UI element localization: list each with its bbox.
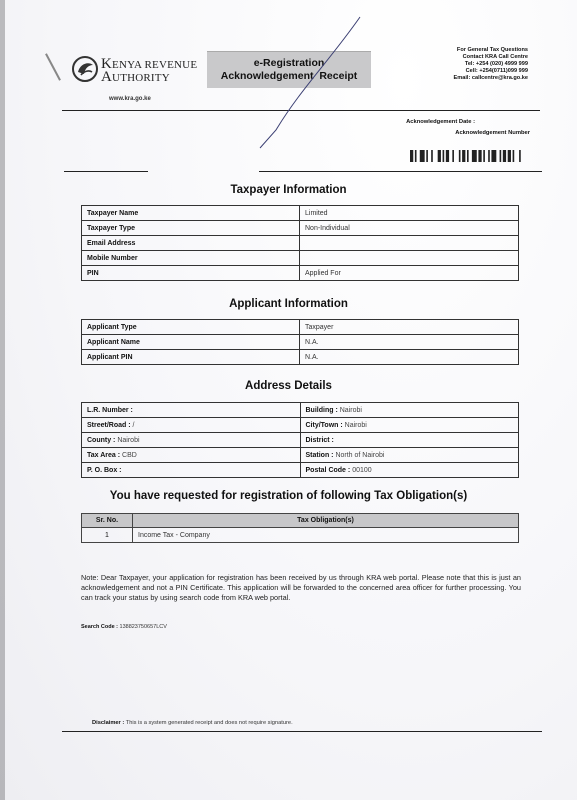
table-row: L.R. Number : Building : Nairobi [82,403,519,418]
address-label: County : [87,437,115,444]
address-label: P. O. Box : [87,467,122,474]
table-row: Mobile Number [82,251,519,266]
address-cell: Street/Road : / [82,418,301,433]
address-section-title: Address Details [0,380,577,392]
row-label: Taxpayer Name [82,206,300,221]
address-value: 00100 [352,467,371,474]
disclaimer: Disclaimer : This is a system generated … [92,720,293,726]
address-table: L.R. Number : Building : NairobiStreet/R… [81,402,519,478]
address-label: L.R. Number : [87,407,133,414]
row-value: Taxpayer [300,320,519,335]
table-row: Applicant NameN.A. [82,335,519,350]
address-cell: Tax Area : CBD [82,448,301,463]
table-row: Taxpayer TypeNon-Individual [82,221,519,236]
address-label: District : [306,437,334,444]
header-sr-no: Sr. No. [82,514,133,528]
note-text: Note: Dear Taxpayer, your application fo… [81,573,521,603]
receipt-page: Kenya Revenue Authority www.kra.go.ke e-… [0,0,577,800]
search-code-label: Search Code : [81,624,118,630]
table-row: P. O. Box : Postal Code : 00100 [82,463,519,478]
website-url: www.kra.go.ke [109,96,151,102]
address-value: Nairobi [117,437,139,444]
address-cell: L.R. Number : [82,403,301,418]
address-value: Nairobi [345,422,367,429]
table-row: Tax Area : CBDStation : North of Nairobi [82,448,519,463]
obligation-name: Income Tax - Company [133,528,519,543]
row-value [300,251,519,266]
table-row: Taxpayer NameLimited [82,206,519,221]
applicant-section-title: Applicant Information [0,298,577,310]
row-label: Applicant Name [82,335,300,350]
kra-lion-logo-icon [72,56,98,82]
row-label: Mobile Number [82,251,300,266]
address-cell: County : Nairobi [82,433,301,448]
scan-edge-shadow [0,0,5,800]
org-name: Kenya Revenue Authority [101,58,197,84]
row-label: Email Address [82,236,300,251]
obligation-sr: 1 [82,528,133,543]
acknowledgement-info: Acknowledgement Date : Acknowledgement N… [406,119,530,137]
obligations-table: Sr. No. Tax Obligation(s) 1 Income Tax -… [81,513,519,543]
address-label: Street/Road : [87,422,131,429]
disclaimer-label: Disclaimer : [92,720,124,726]
address-cell: P. O. Box : [82,463,301,478]
table-row: Applicant TypeTaxpayer [82,320,519,335]
pen-stroke-mark [0,0,577,200]
address-cell: Postal Code : 00100 [300,463,519,478]
address-cell: District : [300,433,519,448]
contact-info: For General Tax Questions Contact KRA Ca… [412,47,528,82]
address-cell: City/Town : Nairobi [300,418,519,433]
table-row: Street/Road : /City/Town : Nairobi [82,418,519,433]
header-tax-obligation: Tax Obligation(s) [133,514,519,528]
address-label: Postal Code : [306,467,351,474]
applicant-table: Applicant TypeTaxpayerApplicant NameN.A.… [81,319,519,365]
divider-right [259,171,542,172]
address-label: Tax Area : [87,452,120,459]
row-label: Applicant Type [82,320,300,335]
table-row: Applicant PINN.A. [82,350,519,365]
address-value: CBD [122,452,137,459]
row-value: N.A. [300,335,519,350]
taxpayer-table: Taxpayer NameLimitedTaxpayer TypeNon-Ind… [81,205,519,281]
row-value [300,236,519,251]
header-divider [62,110,540,111]
disclaimer-text: This is a system generated receipt and d… [126,720,293,726]
ack-date-label: Acknowledgement Date : [406,119,475,126]
row-label: PIN [82,266,300,281]
address-label: Station : [306,452,334,459]
document-title: e-Registration Acknowledgement Receipt [207,51,371,88]
table-row: Email Address [82,236,519,251]
table-row: County : NairobiDistrict : [82,433,519,448]
address-label: City/Town : [306,422,343,429]
address-value: / [133,422,135,429]
address-cell: Station : North of Nairobi [300,448,519,463]
row-value: Applied For [300,266,519,281]
taxpayer-section-title: Taxpayer Information [0,184,577,196]
footer-divider [62,731,542,732]
row-value: Non-Individual [300,221,519,236]
row-label: Taxpayer Type [82,221,300,236]
obligations-header-row: Sr. No. Tax Obligation(s) [82,514,519,528]
table-row: 1 Income Tax - Company [82,528,519,543]
address-value: North of Nairobi [335,452,384,459]
address-label: Building : [306,407,338,414]
table-row: PINApplied For [82,266,519,281]
barcode-icon [410,150,524,162]
search-code-value: 138823750657LCV [120,624,167,630]
row-label: Applicant PIN [82,350,300,365]
search-code: Search Code : 138823750657LCV [81,624,167,630]
ack-number-label: Acknowledgement Number [406,130,530,137]
row-value: Limited [300,206,519,221]
logo-slash-mark [45,53,61,80]
address-cell: Building : Nairobi [300,403,519,418]
divider-left [64,171,148,172]
obligations-section-title: You have requested for registration of f… [0,490,577,502]
address-value: Nairobi [340,407,362,414]
row-value: N.A. [300,350,519,365]
